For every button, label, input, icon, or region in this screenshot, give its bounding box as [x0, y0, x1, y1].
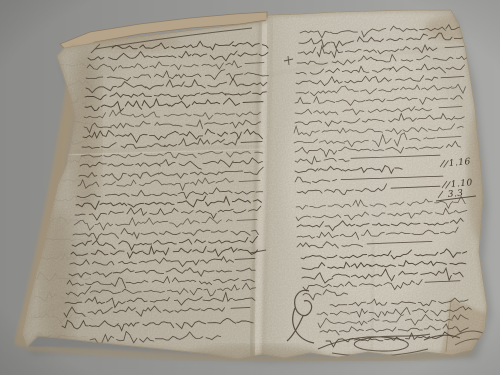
photo-canvas: 1.16 1.10 3.3 [0, 0, 500, 375]
photo-vignette [0, 0, 500, 375]
manuscript-photo: 1.16 1.10 3.3 [0, 0, 500, 375]
